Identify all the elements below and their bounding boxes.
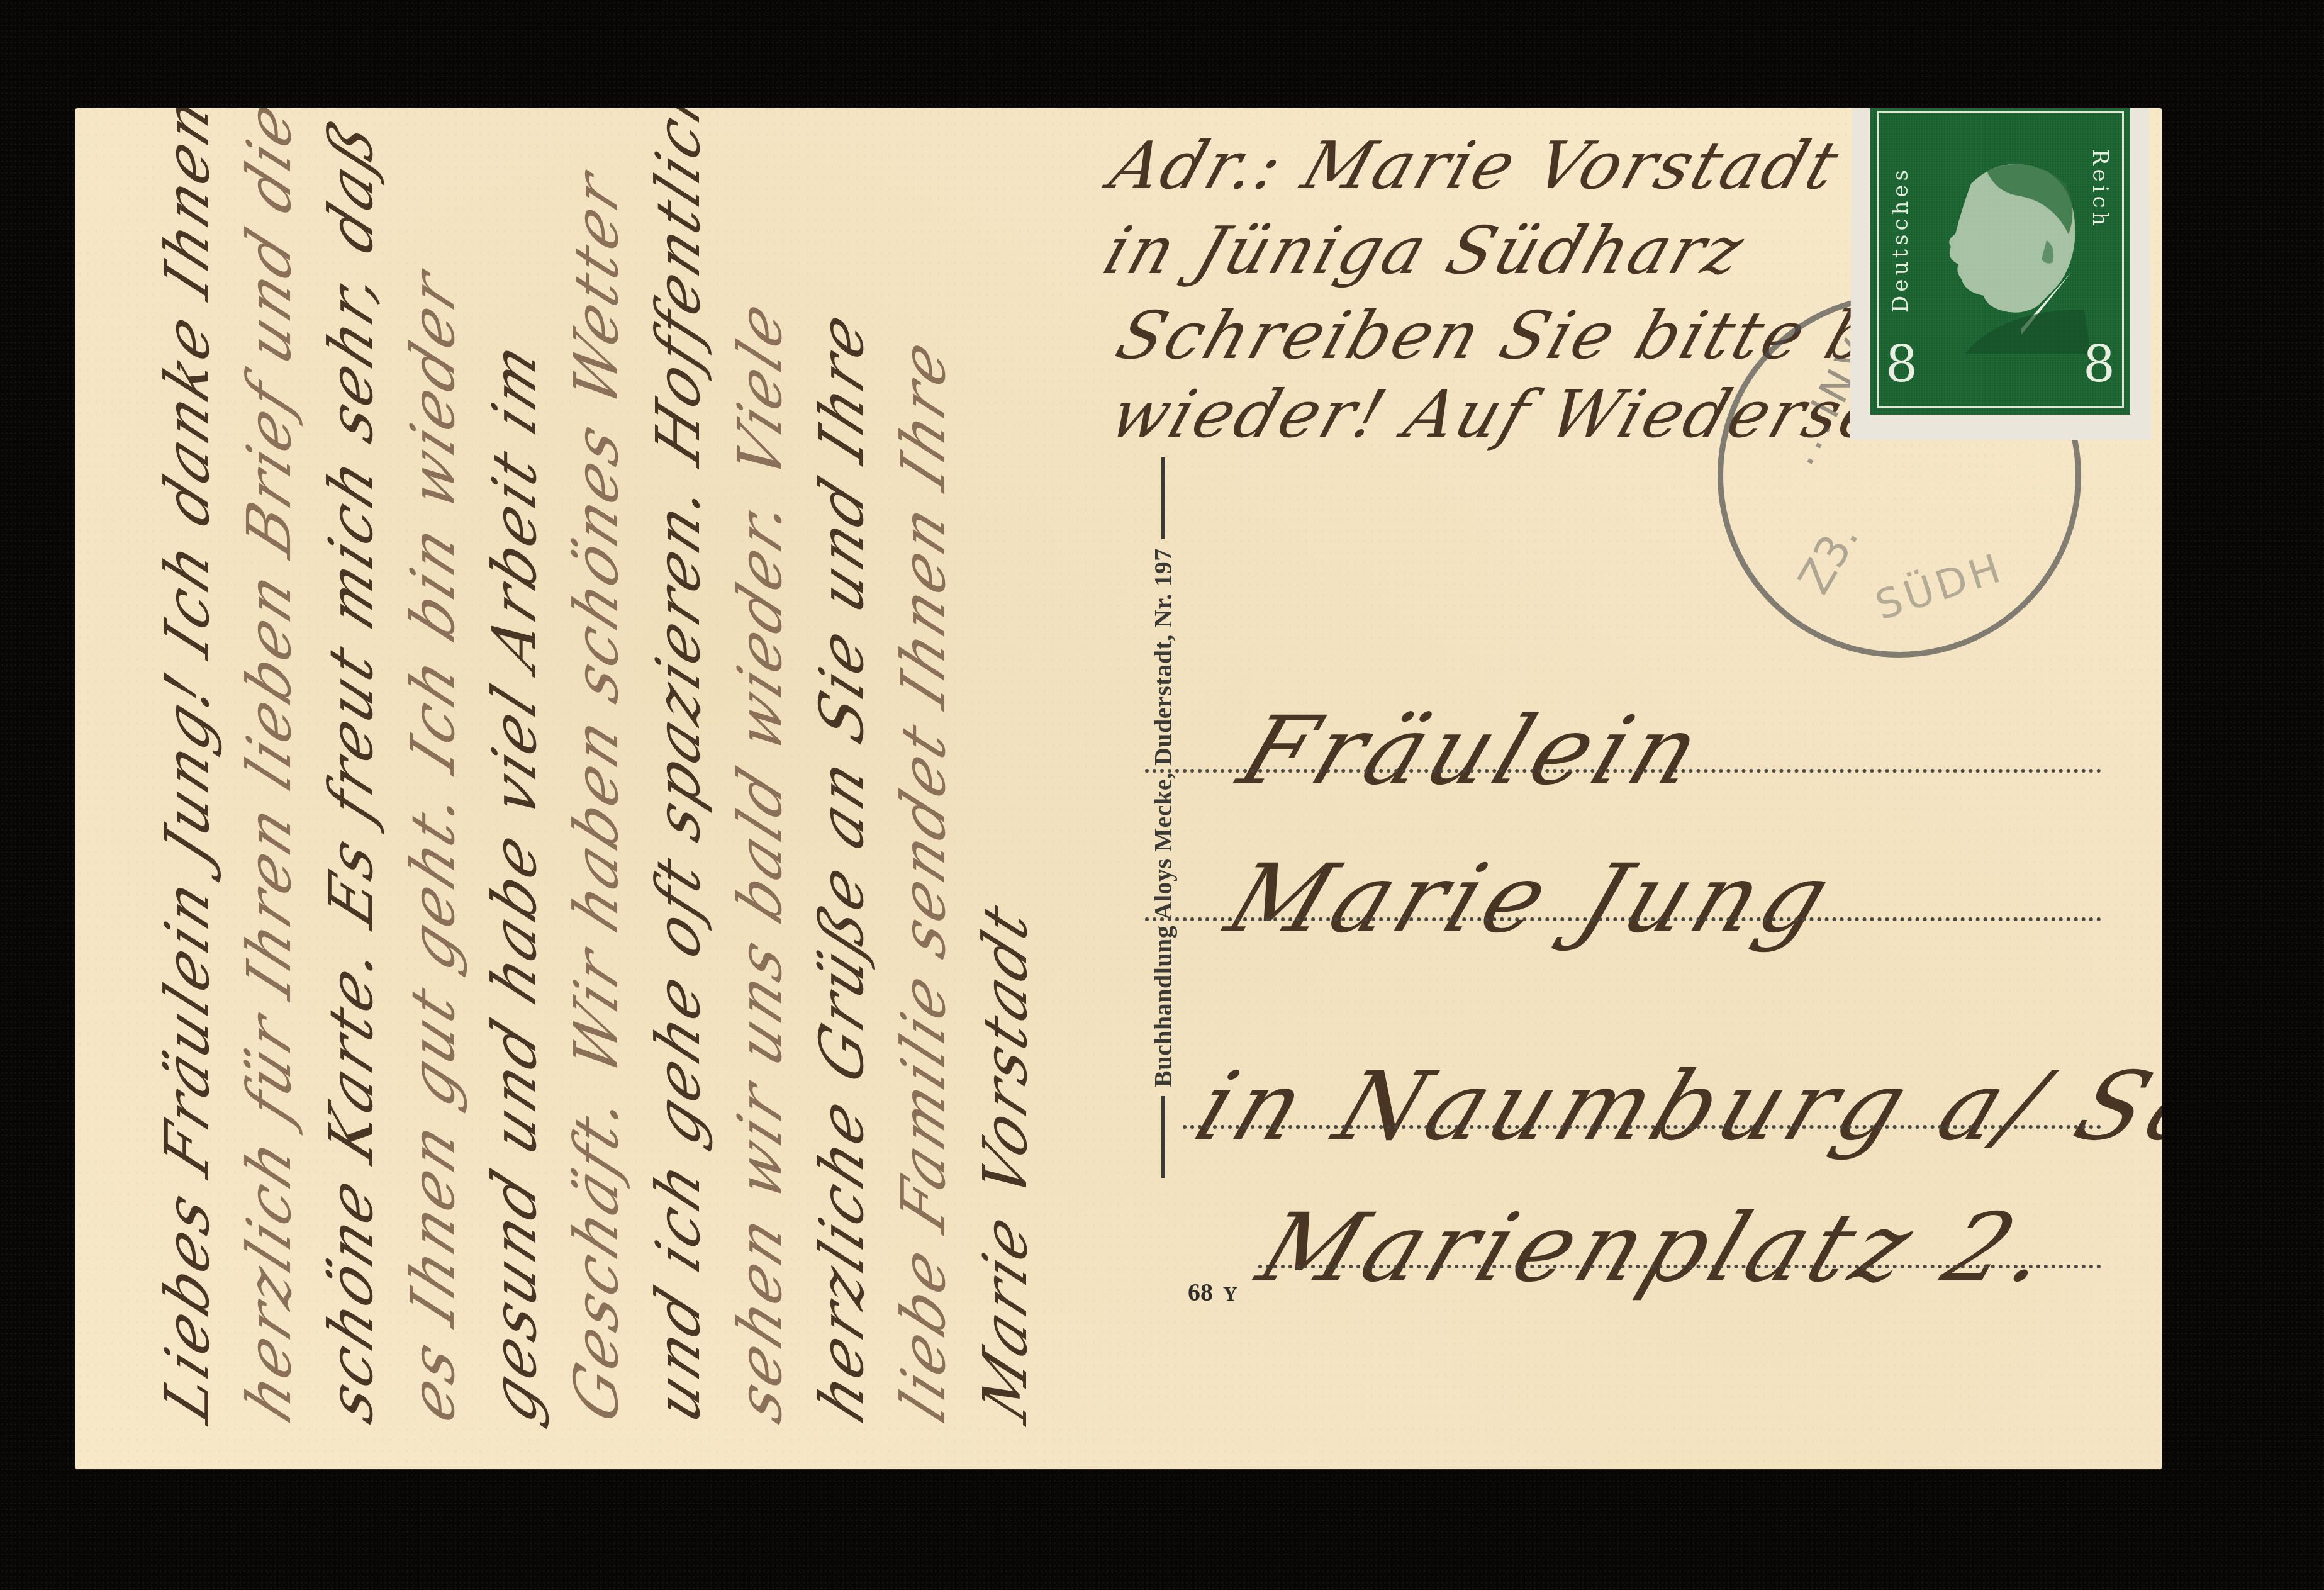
- address-line-1: Fräulein: [1226, 697, 1720, 806]
- stamp-inscription-right: Reich: [2087, 149, 2113, 230]
- message-line: Liebes Fräulein Jung! Ich danke Ihnen: [157, 108, 218, 1430]
- postcard: Liebes Fräulein Jung! Ich danke Ihnen he…: [75, 108, 2162, 1469]
- address-dotted-line: [1145, 769, 2101, 773]
- message-line: liebe Familie sendet Ihnen Ihre: [893, 328, 954, 1430]
- imprint-rule-right: [1161, 457, 1165, 539]
- message-signature: Marie Vorstadt: [975, 892, 1036, 1431]
- address-dotted-line: [1145, 917, 2101, 921]
- printed-card-code: 68Y: [1188, 1277, 1237, 1307]
- address-dotted-line: [1258, 1265, 2101, 1268]
- portrait-icon: [1927, 146, 2091, 354]
- postmark-date: Z3.: [1788, 514, 1869, 602]
- address-line-2: Marie Jung: [1213, 844, 1850, 954]
- message-line: herzliche Grüße an Sie und Ihre: [812, 301, 872, 1430]
- imprint-rule-left: [1161, 1096, 1165, 1178]
- postage-stamp: Deutsches Reich 8 8: [1846, 108, 2155, 444]
- message-line: und ich gehe oft spazieren. Hoffentlich: [648, 108, 708, 1430]
- stamp-face: Deutsches Reich 8 8: [1870, 108, 2130, 415]
- imprint-text: Buchhandlung Aloys Mecke, Duderstadt, Nr…: [1148, 548, 1178, 1087]
- handwritten-message: Liebes Fräulein Jung! Ich danke Ihnen he…: [132, 184, 1076, 1417]
- address-line-4: Marienplatz 2.: [1244, 1194, 2072, 1303]
- message-line: sehen wir uns bald wieder. Viele: [730, 289, 790, 1430]
- stamp-value-right: 8: [2083, 335, 2115, 393]
- card-code-letter: Y: [1223, 1282, 1237, 1305]
- message-line: schöne Karte. Es freut mich sehr, daß: [321, 108, 381, 1430]
- stamp-value-left: 8: [1885, 335, 1918, 393]
- postmark-district: SÜDH: [1870, 545, 2010, 630]
- stamp-inscription-left: Deutsches: [1888, 166, 1913, 313]
- address-dotted-line: [1183, 1125, 2101, 1129]
- printer-imprint: Buchhandlung Aloys Mecke, Duderstadt, Nr…: [1148, 457, 1178, 1178]
- sender-line: Adr.: Marie Vorstadt: [1101, 127, 1850, 204]
- address-line-3: in Naumburg a/ Saale: [1182, 1052, 2162, 1162]
- sender-line: in Jüniga Südharz: [1095, 212, 1755, 289]
- message-line: herzlich für Ihren lieben Brief und die: [239, 108, 299, 1430]
- card-code-number: 68: [1188, 1278, 1213, 1306]
- message-line: Geschäft. Wir haben schönes Wetter: [566, 160, 627, 1431]
- message-line: es Ihnen gut geht. Ich bin wieder: [403, 259, 463, 1431]
- message-line: gesund und habe viel Arbeit im: [484, 331, 545, 1430]
